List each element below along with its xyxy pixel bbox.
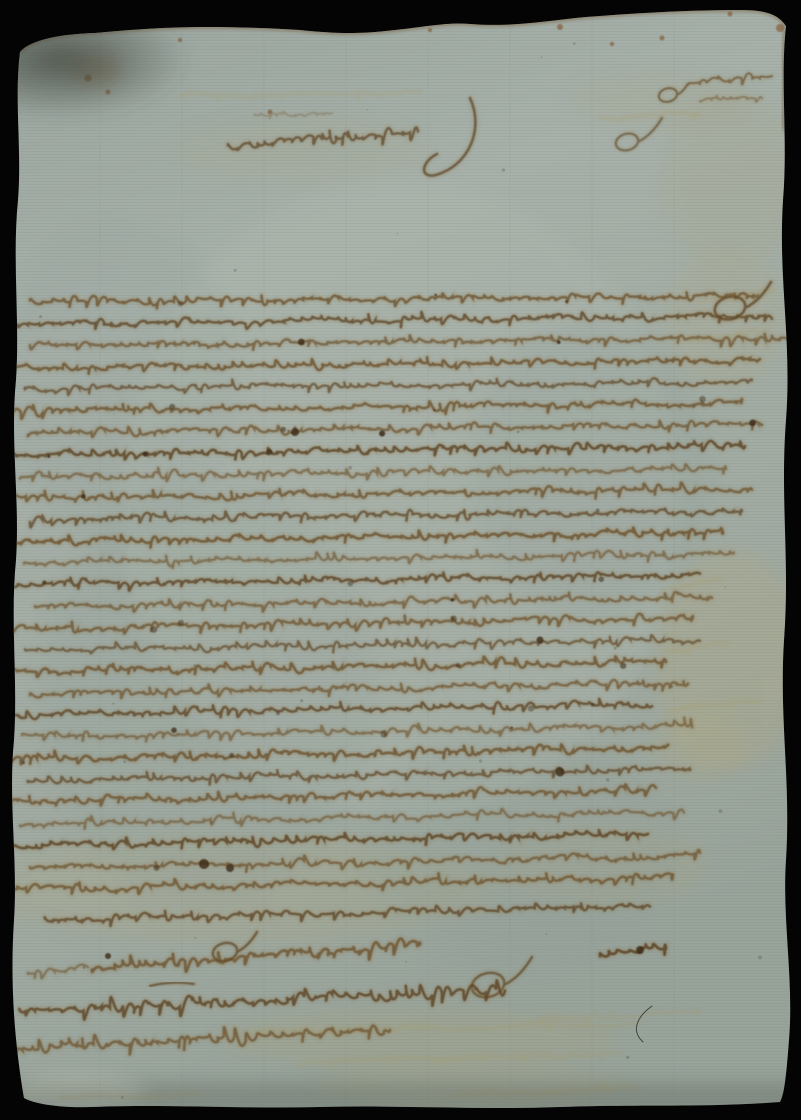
paper-sheet bbox=[0, 0, 801, 1120]
manuscript-page-svg bbox=[0, 0, 801, 1120]
manuscript-scan-photo bbox=[0, 0, 801, 1120]
